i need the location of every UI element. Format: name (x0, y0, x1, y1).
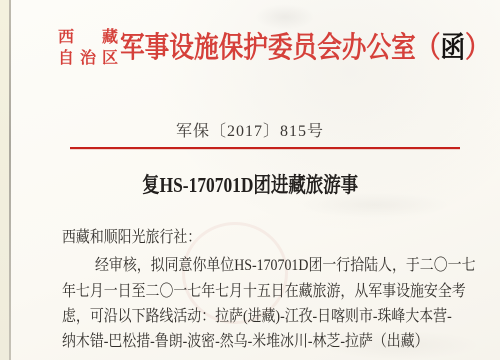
paren-open-mark: （ (416, 32, 441, 64)
body-line-text: 纳木错-巴松措-鲁朗-波密-然乌-米堆冰川-林芝-拉萨（出藏） (62, 332, 429, 352)
region-line-1: 西 藏 (58, 27, 118, 48)
issuer-region: 西 藏 自治区 (58, 27, 118, 73)
body-line-1: 经审核，拟同意你单位HS-170701D团一行拾陆人，于二〇一七 (95, 256, 500, 276)
salutation-row: 西藏和顺阳光旅行社： (62, 228, 222, 248)
scanned-document-page: 西 藏 自治区 军事设施保护委员会办公室（函） 军保〔2017〕815号 复HS… (0, 0, 500, 360)
body-line-text: 年七月一日至二〇一七年七月十五日在藏旅游，从军事设施安全考 (62, 282, 466, 302)
body-line-4: 纳木错-巴松措-鲁朗-波密-然乌-米堆冰川-林芝-拉萨（出藏） (62, 332, 483, 352)
body-line-text: 虑，可沿以下路线活动：拉萨(进藏)-江孜-日喀则市-珠峰大本营- (62, 307, 452, 327)
body-line-text: 经审核，拟同意你单位HS-170701D团一行拾陆人，于二〇一七 (95, 256, 475, 276)
letterhead: 西 藏 自治区 军事设施保护委员会办公室（函） (58, 22, 500, 73)
salutation: 西藏和顺阳光旅行社： (62, 228, 201, 248)
title-row: 复HS-170701D团进藏旅游事 (0, 173, 500, 200)
body-line-3: 虑，可沿以下路线活动：拉萨(进藏)-江孜-日喀则市-珠峰大本营- (62, 307, 500, 327)
doc-type-seal: 函 (440, 32, 465, 64)
red-separator-line (70, 147, 460, 149)
paren-close-mark: ） (465, 32, 490, 64)
office-title: 军事设施保护委员会办公室（函） (120, 28, 500, 73)
region-line-2: 自治区 (58, 48, 118, 69)
reference-number: 军保〔2017〕815号 (0, 122, 500, 142)
office-name: 军事设施保护委员会办公室 (120, 32, 416, 64)
body-line-2: 年七月一日至二〇一七年七月十五日在藏旅游，从军事设施安全考 (62, 282, 500, 302)
document-title: 复HS-170701D团进藏旅游事 (142, 173, 358, 197)
